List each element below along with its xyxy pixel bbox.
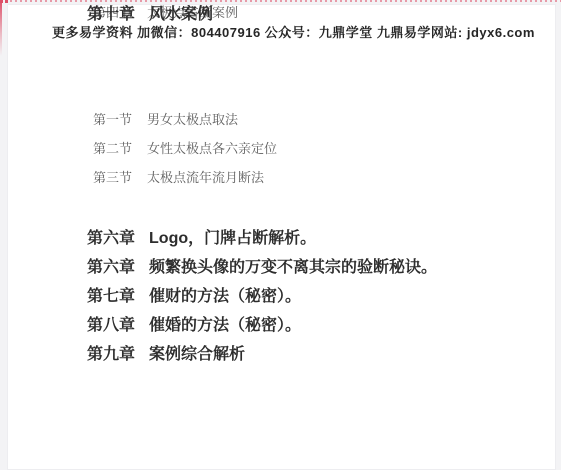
chapter-title: 案例综合解析 xyxy=(149,346,245,363)
screenshot-root: 更多易学资料 加微信：804407916 公众号：九鼎学堂 九鼎易学网站: jd… xyxy=(0,0,561,470)
section-title: 男女太极点取法 xyxy=(147,112,238,127)
chapter-title: Logo，门牌占断解析。 xyxy=(149,230,316,247)
document-page: 更多易学资料 加微信：804407916 公众号：九鼎学堂 九鼎易学网站: jd… xyxy=(7,4,556,470)
section-label: 第二节 xyxy=(93,141,132,156)
chapter-title: 催财的方法（秘密）。 xyxy=(149,288,301,305)
section-label: 第三节 xyxy=(93,170,132,185)
toc-section-row: 第三节太极点流年流月断法 xyxy=(93,170,264,185)
selection-marquee-left xyxy=(0,0,2,56)
chapter-title: 频繁换头像的万变不离其宗的验断秘诀。 xyxy=(149,259,437,276)
toc-section-row: 第一节男女太极点取法 xyxy=(93,112,238,127)
chapter-label: 第十章 xyxy=(87,6,135,23)
chapter-label: 第六章 xyxy=(87,259,135,276)
chapter-label: 第八章 xyxy=(87,317,135,334)
section-title: 女性太极点各六亲定位 xyxy=(147,141,277,156)
section-label: 第一节 xyxy=(93,112,132,127)
selection-marquee-top xyxy=(0,0,561,2)
chapter-title: 风水案例 xyxy=(149,6,213,23)
section-title: 太极点流年流月断法 xyxy=(147,170,264,185)
toc-chapter-row: 第六章Logo，门牌占断解析。 xyxy=(87,229,316,248)
toc-chapter-row: 第六章频繁换头像的万变不离其宗的验断秘诀。 xyxy=(87,258,437,277)
chapter-title: 催婚的方法（秘密）。 xyxy=(149,317,301,334)
chapter-label: 第六章 xyxy=(87,230,135,247)
toc-chapter-row: 第八章催婚的方法（秘密）。 xyxy=(87,316,301,335)
toc-section-row: 第二节女性太极点各六亲定位 xyxy=(93,141,277,156)
chapter-label: 第九章 xyxy=(87,346,135,363)
watermark-banner: 更多易学资料 加微信：804407916 公众号：九鼎学堂 九鼎易学网站: jd… xyxy=(52,25,535,41)
toc-chapter-row: 第十章风水案例 xyxy=(87,5,213,24)
toc-chapter-row: 第九章案例综合解析 xyxy=(87,345,245,364)
toc-chapter-row: 第七章催财的方法（秘密）。 xyxy=(87,287,301,306)
chapter-label: 第七章 xyxy=(87,288,135,305)
